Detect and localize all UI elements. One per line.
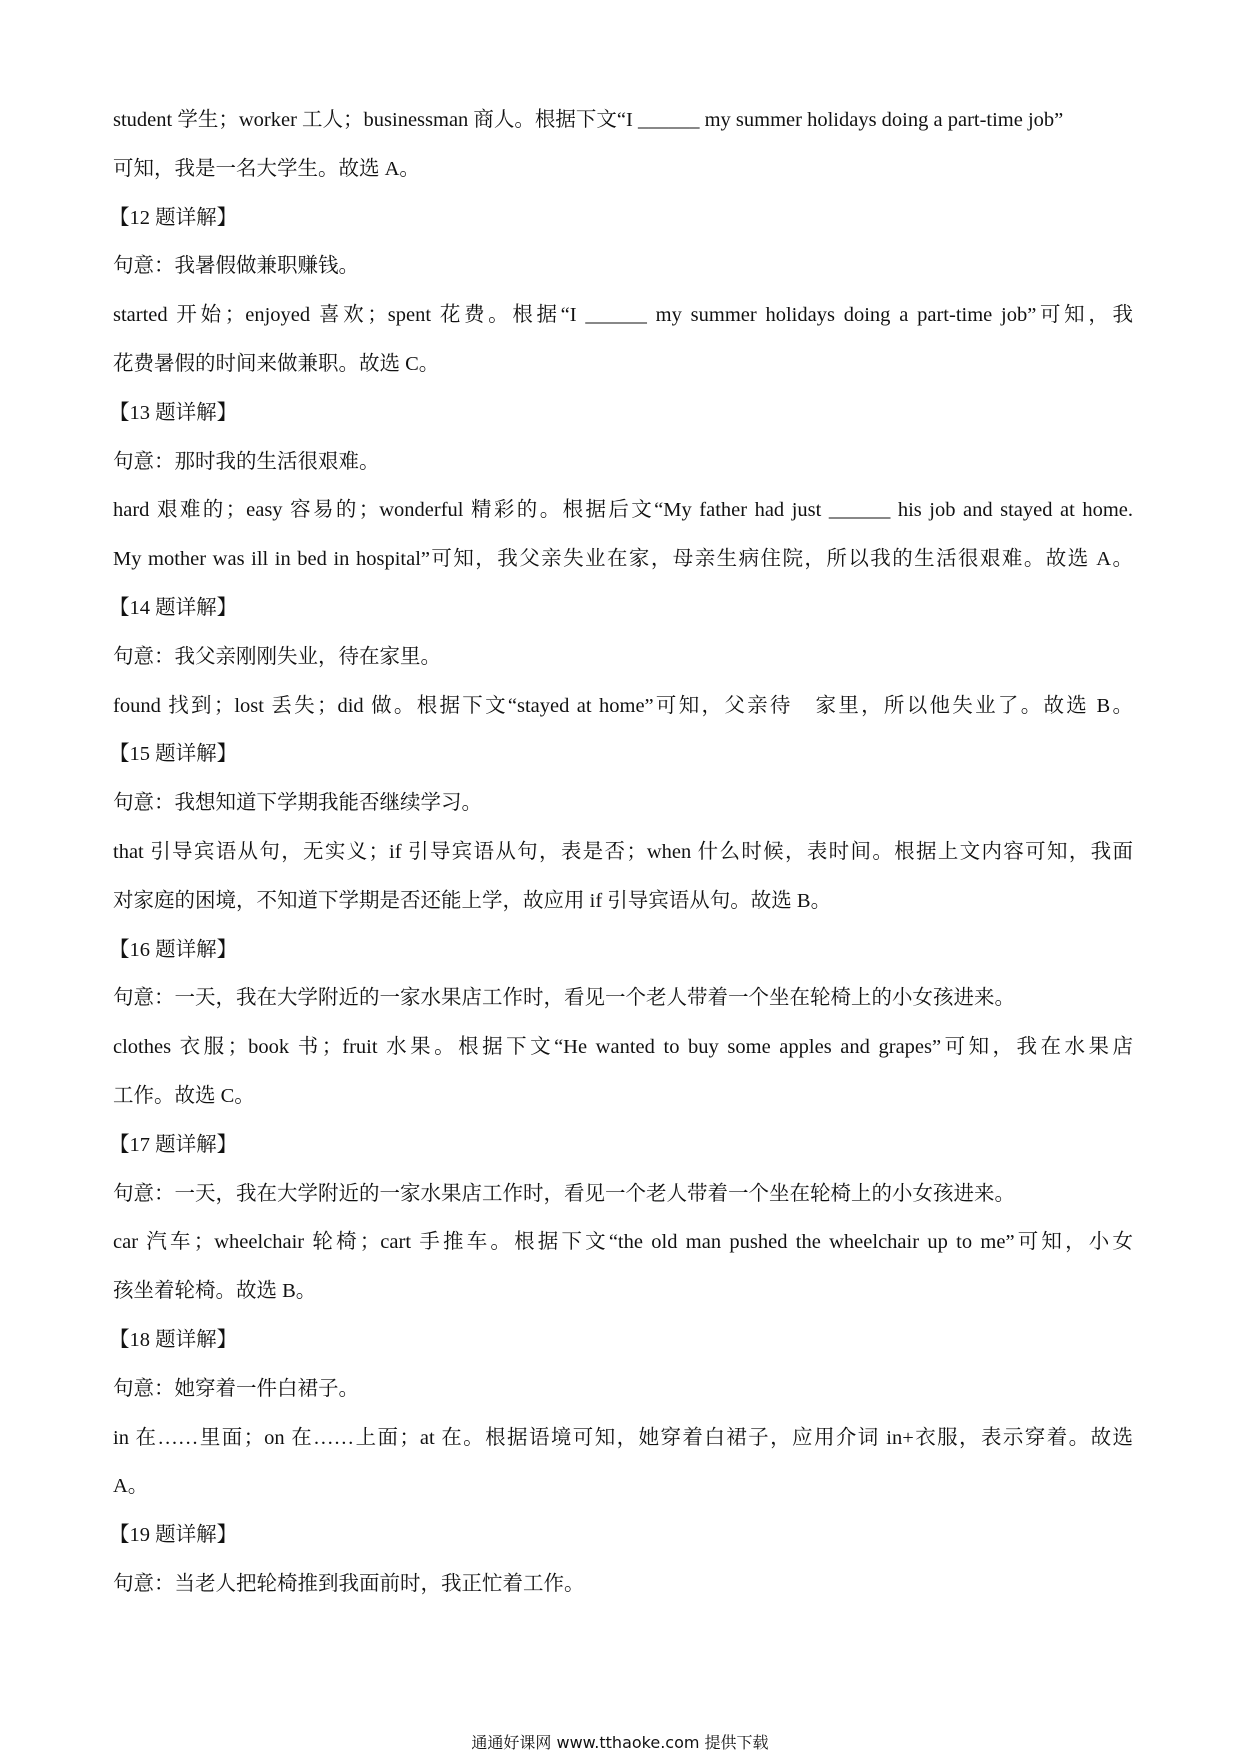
- section-heading-q19: 【19 题详解】: [109, 1511, 1133, 1560]
- text-line: 可知，我是一名大学生。故选 A。: [113, 145, 1133, 194]
- text-line: hard 艰难的；easy 容易的；wonderful 精彩的。根据后文“My …: [113, 486, 1133, 535]
- section-heading-q17: 【17 题详解】: [109, 1121, 1133, 1170]
- text-line: 句意：她穿着一件白裙子。: [113, 1365, 1133, 1414]
- text-line: 对家庭的困境，不知道下学期是否还能上学，故应用 if 引导宾语从句。故选 B。: [113, 877, 1133, 926]
- text-line: started 开始；enjoyed 喜欢；spent 花费。根据“I ____…: [113, 291, 1133, 340]
- text-line: 句意：我父亲刚刚失业，待在家里。: [113, 633, 1133, 682]
- page-footer: 通通好课网 www.tthaoke.com 提供下载: [0, 1730, 1240, 1753]
- text-line: that 引导宾语从句，无实义；if 引导宾语从句，表是否；when 什么时候，…: [113, 828, 1133, 877]
- section-heading-q12: 【12 题详解】: [109, 194, 1133, 243]
- section-heading-q18: 【18 题详解】: [109, 1316, 1133, 1365]
- text-line: car 汽车；wheelchair 轮椅；cart 手推车。根据下文“the o…: [113, 1218, 1133, 1267]
- text-line: 孩坐着轮椅。故选 B。: [113, 1267, 1133, 1316]
- text-line: 句意：那时我的生活很艰难。: [113, 438, 1133, 487]
- text-line: 句意：一天，我在大学附近的一家水果店工作时，看见一个老人带着一个坐在轮椅上的小女…: [113, 1170, 1133, 1219]
- text-line: My mother was ill in bed in hospital”可知，…: [113, 535, 1133, 584]
- text-line: found 找到；lost 丢失；did 做。根据下文“stayed at ho…: [113, 682, 1133, 731]
- section-heading-q13: 【13 题详解】: [109, 389, 1133, 438]
- text-line: 句意：一天，我在大学附近的一家水果店工作时，看见一个老人带着一个坐在轮椅上的小女…: [113, 974, 1133, 1023]
- section-heading-q16: 【16 题详解】: [109, 926, 1133, 975]
- text-line: 工作。故选 C。: [113, 1072, 1133, 1121]
- text-line: 句意：当老人把轮椅推到我面前时，我正忙着工作。: [113, 1560, 1133, 1609]
- section-heading-q15: 【15 题详解】: [109, 730, 1133, 779]
- text-line: in 在……里面；on 在……上面；at 在。根据语境可知，她穿着白裙子，应用介…: [113, 1414, 1133, 1463]
- text-line: clothes 衣服；book 书；fruit 水果。根据下文“He wante…: [113, 1023, 1133, 1072]
- text-line: A。: [113, 1462, 1133, 1511]
- text-line: 句意：我想知道下学期我能否继续学习。: [113, 779, 1133, 828]
- text-line: 句意：我暑假做兼职赚钱。: [113, 242, 1133, 291]
- text-line: student 学生；worker 工人；businessman 商人。根据下文…: [113, 96, 1133, 145]
- document-body: student 学生；worker 工人；businessman 商人。根据下文…: [113, 96, 1133, 1609]
- section-heading-q14: 【14 题详解】: [109, 584, 1133, 633]
- text-line: 花费暑假的时间来做兼职。故选 C。: [113, 340, 1133, 389]
